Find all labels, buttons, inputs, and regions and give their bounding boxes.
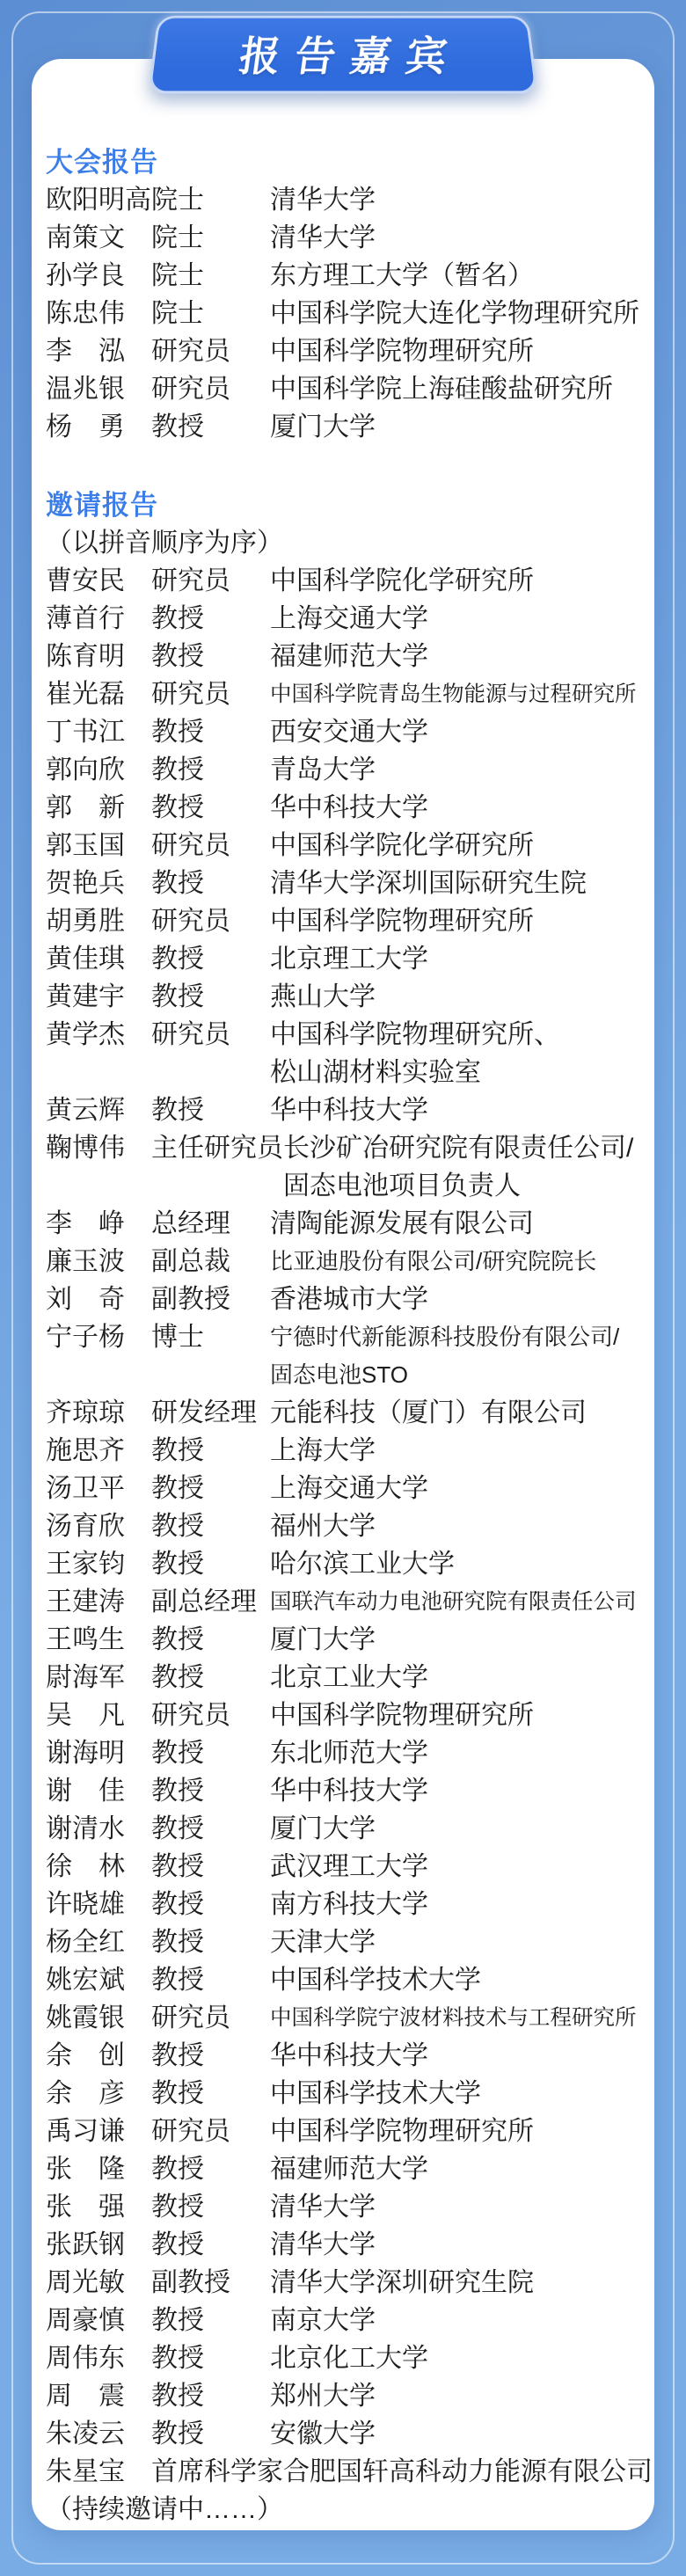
section-heading: 邀请报告 <box>46 486 644 524</box>
speaker-name: 周豪慎 <box>46 2302 151 2339</box>
speaker-list: 欧阳明高 院士 清华大学 南策文 院士 清华大学 孙学良 院士 东方理工大学（暂… <box>46 181 644 446</box>
speaker-affiliation: 清华大学 <box>270 181 644 219</box>
speaker-title: 研究员 <box>151 902 270 940</box>
speaker-title: 研究员 <box>151 562 270 600</box>
speaker-affiliation: 厦门大学 <box>270 1810 644 1848</box>
speaker-row: 朱星宝 首席科学家 合肥国轩高科动力能源有限公司 <box>46 2453 644 2491</box>
speaker-row: 丁书江 教授 西安交通大学 <box>46 713 644 751</box>
badge-title: 报告嘉宾 <box>236 25 465 83</box>
speaker-row: 张跃钢 教授 清华大学 <box>46 2226 644 2264</box>
speaker-name: 曹安民 <box>46 562 151 600</box>
speaker-name: 南策文 <box>46 219 151 257</box>
speaker-title: 教授 <box>151 638 270 675</box>
speaker-title: 教授 <box>151 2302 270 2339</box>
speaker-affiliation: 华中科技大学 <box>270 1772 644 1810</box>
speaker-affiliation: 中国科学院物理研究所、 松山湖材料实验室 <box>270 1016 644 1091</box>
speaker-row: 汤育欣 教授 福州大学 <box>46 1507 644 1545</box>
speaker-affiliation: 上海交通大学 <box>270 600 644 638</box>
speaker-title: 副教授 <box>151 1281 270 1318</box>
section-note: （以拼音顺序为序） <box>46 524 644 562</box>
speaker-affiliation: 上海交通大学 <box>270 1470 644 1507</box>
speaker-name: 齐琼琼 <box>46 1394 151 1432</box>
speaker-title: 研究员 <box>151 675 270 713</box>
speaker-name: 杨 勇 <box>46 408 151 446</box>
speaker-row: 黄佳琪 教授 北京理工大学 <box>46 940 644 978</box>
section-footer-note: （持续邀请中……） <box>46 2491 644 2529</box>
speaker-affiliation: 元能科技（厦门）有限公司 <box>270 1394 644 1432</box>
speaker-row: 余 彦 教授 中国科学技术大学 <box>46 2075 644 2113</box>
speaker-title: 教授 <box>151 978 270 1016</box>
speaker-affiliation: 华中科技大学 <box>270 789 644 827</box>
speaker-title: 副总裁 <box>151 1243 270 1281</box>
speaker-title: 教授 <box>151 865 270 902</box>
speaker-row: 谢海明 教授 东北师范大学 <box>46 1734 644 1772</box>
speaker-row: 徐 林 教授 武汉理工大学 <box>46 1848 644 1886</box>
speaker-title: 教授 <box>151 1545 270 1583</box>
speaker-title: 副总经理 <box>151 1583 270 1621</box>
speaker-name: 陈育明 <box>46 638 151 675</box>
speaker-title: 教授 <box>151 2415 270 2453</box>
speaker-name: 周伟东 <box>46 2339 151 2377</box>
speaker-row: 姚宏斌 教授 中国科学技术大学 <box>46 1961 644 1999</box>
speaker-row: 许晓雄 教授 南方科技大学 <box>46 1886 644 1923</box>
speaker-row: 余 创 教授 华中科技大学 <box>46 2037 644 2075</box>
speaker-row: 李 峥 总经理 清陶能源发展有限公司 <box>46 1205 644 1243</box>
speaker-name: 徐 林 <box>46 1848 151 1886</box>
speaker-title: 教授 <box>151 1734 270 1772</box>
speaker-title: 教授 <box>151 1772 270 1810</box>
speaker-title: 总经理 <box>151 1205 270 1243</box>
speaker-title: 教授 <box>151 713 270 751</box>
speaker-title: 主任研究员 <box>151 1129 283 1167</box>
speaker-row: 谢 佳 教授 华中科技大学 <box>46 1772 644 1810</box>
speaker-row: 刘 奇 副教授 香港城市大学 <box>46 1281 644 1318</box>
speaker-row: 陈育明 教授 福建师范大学 <box>46 638 644 675</box>
speaker-row: 齐琼琼 研发经理 元能科技（厦门）有限公司 <box>46 1394 644 1432</box>
speaker-affiliation: 中国科学院化学研究所 <box>270 562 644 600</box>
speaker-name: 周光敏 <box>46 2264 151 2302</box>
speaker-affiliation: 安徽大学 <box>270 2415 644 2453</box>
speaker-affiliation: 中国科学院物理研究所 <box>270 2113 644 2150</box>
speaker-row: 黄学杰 研究员 中国科学院物理研究所、 松山湖材料实验室 <box>46 1016 644 1091</box>
speaker-name: 张 隆 <box>46 2150 151 2188</box>
speaker-title: 首席科学家 <box>151 2453 283 2491</box>
speaker-name: 王鸣生 <box>46 1621 151 1659</box>
speaker-name: 王建涛 <box>46 1583 151 1621</box>
speaker-name: 廉玉波 <box>46 1243 151 1281</box>
speaker-title: 研究员 <box>151 1016 270 1054</box>
speaker-name: 黄佳琪 <box>46 940 151 978</box>
speaker-name: 贺艳兵 <box>46 865 151 902</box>
speaker-affiliation: 中国科学院物理研究所 <box>270 902 644 940</box>
speaker-title: 教授 <box>151 1848 270 1886</box>
speaker-title: 研究员 <box>151 2113 270 2150</box>
speaker-affiliation: 东方理工大学（暂名） <box>270 257 644 295</box>
speaker-name: 汤育欣 <box>46 1507 151 1545</box>
speaker-name: 孙学良 <box>46 257 151 295</box>
speaker-row: 欧阳明高 院士 清华大学 <box>46 181 644 219</box>
speaker-affiliation: 厦门大学 <box>270 1621 644 1659</box>
speaker-affiliation: 清华大学深圳研究生院 <box>270 2264 644 2302</box>
speaker-name: 李 峥 <box>46 1205 151 1243</box>
speaker-row: 张 隆 教授 福建师范大学 <box>46 2150 644 2188</box>
speaker-name: 鞠博伟 <box>46 1129 151 1167</box>
speaker-row: 孙学良 院士 东方理工大学（暂名） <box>46 257 644 295</box>
speaker-title: 教授 <box>151 1432 270 1470</box>
sections-container: 大会报告 欧阳明高 院士 清华大学 南策文 院士 清华大学 孙学良 院士 东方理… <box>46 143 644 2529</box>
speaker-affiliation: 华中科技大学 <box>270 1091 644 1129</box>
speaker-row: 陈忠伟 院士 中国科学院大连化学物理研究所 <box>46 295 644 332</box>
speaker-name: 朱星宝 <box>46 2453 151 2491</box>
speaker-row: 崔光磊 研究员 中国科学院青岛生物能源与过程研究所 <box>46 675 644 713</box>
speaker-row: 周光敏 副教授 清华大学深圳研究生院 <box>46 2264 644 2302</box>
speaker-title: 教授 <box>151 1470 270 1507</box>
speaker-affiliation: 清华大学 <box>270 219 644 257</box>
speaker-row: 王建涛 副总经理 国联汽车动力电池研究院有限责任公司 <box>46 1583 644 1621</box>
speaker-affiliation: 武汉理工大学 <box>270 1848 644 1886</box>
speaker-affiliation: 中国科学院化学研究所 <box>270 827 644 865</box>
speaker-title: 教授 <box>151 940 270 978</box>
poster-background: 报告嘉宾 大会报告 欧阳明高 院士 清华大学 南策文 院士 清华大学 孙学良 院… <box>0 0 686 2576</box>
speaker-row: 姚霞银 研究员 中国科学院宁波材料技术与工程研究所 <box>46 1999 644 2037</box>
speaker-name: 郭 新 <box>46 789 151 827</box>
speaker-affiliation: 清华大学 <box>270 2188 644 2226</box>
speaker-affiliation: 清华大学深圳国际研究生院 <box>270 865 644 902</box>
speaker-row: 贺艳兵 教授 清华大学深圳国际研究生院 <box>46 865 644 902</box>
speaker-name: 禹习谦 <box>46 2113 151 2150</box>
speaker-name: 周 震 <box>46 2377 151 2415</box>
speaker-title: 教授 <box>151 2377 270 2415</box>
speaker-row: 宁子杨 博士 宁德时代新能源科技股份有限公司/ 固态电池STO <box>46 1318 644 1394</box>
speaker-title: 教授 <box>151 1810 270 1848</box>
speaker-affiliation: 中国科学院上海硅酸盐研究所 <box>270 370 644 408</box>
speaker-row: 汤卫平 教授 上海交通大学 <box>46 1470 644 1507</box>
speaker-row: 王鸣生 教授 厦门大学 <box>46 1621 644 1659</box>
speaker-affiliation: 清陶能源发展有限公司 <box>270 1205 644 1243</box>
speaker-title: 教授 <box>151 1621 270 1659</box>
speaker-row: 廉玉波 副总裁 比亚迪股份有限公司/研究院院长 <box>46 1243 644 1281</box>
speaker-title: 教授 <box>151 2339 270 2377</box>
speaker-name: 王家钧 <box>46 1545 151 1583</box>
header-badge: 报告嘉宾 <box>153 13 533 94</box>
speaker-title: 研究员 <box>151 1697 270 1734</box>
speaker-title: 教授 <box>151 1886 270 1923</box>
speaker-name: 陈忠伟 <box>46 295 151 332</box>
speaker-row: 黄云辉 教授 华中科技大学 <box>46 1091 644 1129</box>
speaker-title: 教授 <box>151 600 270 638</box>
speaker-title: 教授 <box>151 1961 270 1999</box>
speaker-name: 胡勇胜 <box>46 902 151 940</box>
speaker-row: 郭玉国 研究员 中国科学院化学研究所 <box>46 827 644 865</box>
speaker-title: 院士 <box>151 257 270 295</box>
speaker-name: 谢 佳 <box>46 1772 151 1810</box>
speaker-name: 姚宏斌 <box>46 1961 151 1999</box>
speaker-row: 张 强 教授 清华大学 <box>46 2188 644 2226</box>
speaker-title: 教授 <box>151 2075 270 2113</box>
speaker-row: 王家钧 教授 哈尔滨工业大学 <box>46 1545 644 1583</box>
speaker-title: 研发经理 <box>151 1394 270 1432</box>
speaker-title: 教授 <box>151 2188 270 2226</box>
speaker-affiliation: 北京理工大学 <box>270 940 644 978</box>
speaker-row: 尉海军 教授 北京工业大学 <box>46 1659 644 1697</box>
speaker-name: 吴 凡 <box>46 1697 151 1734</box>
speaker-title: 院士 <box>151 219 270 257</box>
speaker-name: 郭向欣 <box>46 751 151 789</box>
speaker-title: 副教授 <box>151 2264 270 2302</box>
speaker-row: 吴 凡 研究员 中国科学院物理研究所 <box>46 1697 644 1734</box>
speaker-row: 禹习谦 研究员 中国科学院物理研究所 <box>46 2113 644 2150</box>
speaker-affiliation: 福州大学 <box>270 1507 644 1545</box>
speaker-affiliation: 西安交通大学 <box>270 713 644 751</box>
speaker-row: 胡勇胜 研究员 中国科学院物理研究所 <box>46 902 644 940</box>
speaker-row: 黄建宇 教授 燕山大学 <box>46 978 644 1016</box>
speaker-affiliation: 南方科技大学 <box>270 1886 644 1923</box>
speaker-title: 教授 <box>151 2226 270 2264</box>
speaker-affiliation: 燕山大学 <box>270 978 644 1016</box>
speaker-title: 教授 <box>151 751 270 789</box>
speaker-name: 薄首行 <box>46 600 151 638</box>
speaker-row: 温兆银 研究员 中国科学院上海硅酸盐研究所 <box>46 370 644 408</box>
speaker-affiliation: 青岛大学 <box>270 751 644 789</box>
speaker-name: 张 强 <box>46 2188 151 2226</box>
speaker-name: 余 创 <box>46 2037 151 2075</box>
speaker-affiliation: 北京工业大学 <box>270 1659 644 1697</box>
speaker-title: 研究员 <box>151 1999 270 2037</box>
speaker-affiliation: 上海大学 <box>270 1432 644 1470</box>
speaker-affiliation: 香港城市大学 <box>270 1281 644 1318</box>
speaker-affiliation: 天津大学 <box>270 1923 644 1961</box>
speaker-row: 薄首行 教授 上海交通大学 <box>46 600 644 638</box>
speaker-name: 丁书江 <box>46 713 151 751</box>
speaker-title: 教授 <box>151 2037 270 2075</box>
speaker-affiliation: 北京化工大学 <box>270 2339 644 2377</box>
speaker-title: 研究员 <box>151 370 270 408</box>
speaker-title: 教授 <box>151 789 270 827</box>
speaker-name: 崔光磊 <box>46 675 151 713</box>
section-heading: 大会报告 <box>46 143 644 181</box>
speaker-affiliation: 中国科学院青岛生物能源与过程研究所 <box>270 675 644 713</box>
speaker-name: 杨全红 <box>46 1923 151 1961</box>
speaker-title: 院士 <box>151 181 270 219</box>
speaker-row: 杨 勇 教授 厦门大学 <box>46 408 644 446</box>
speaker-title: 院士 <box>151 295 270 332</box>
speaker-name: 黄学杰 <box>46 1016 151 1054</box>
speaker-title: 教授 <box>151 1923 270 1961</box>
speaker-affiliation: 福建师范大学 <box>270 2150 644 2188</box>
speaker-row: 郭 新 教授 华中科技大学 <box>46 789 644 827</box>
speaker-row: 施思齐 教授 上海大学 <box>46 1432 644 1470</box>
speaker-affiliation: 国联汽车动力电池研究院有限责任公司 <box>270 1583 644 1621</box>
speaker-affiliation: 哈尔滨工业大学 <box>270 1545 644 1583</box>
speaker-affiliation: 中国科学技术大学 <box>270 1961 644 1999</box>
speaker-name: 施思齐 <box>46 1432 151 1470</box>
speaker-name: 宁子杨 <box>46 1318 151 1356</box>
speaker-name: 谢清水 <box>46 1810 151 1848</box>
speaker-list: 曹安民 研究员 中国科学院化学研究所 薄首行 教授 上海交通大学 陈育明 教授 … <box>46 562 644 2491</box>
speaker-row: 杨全红 教授 天津大学 <box>46 1923 644 1961</box>
speaker-affiliation: 中国科学技术大学 <box>270 2075 644 2113</box>
speaker-row: 朱凌云 教授 安徽大学 <box>46 2415 644 2453</box>
speaker-affiliation: 郑州大学 <box>270 2377 644 2415</box>
speaker-affiliation: 中国科学院宁波材料技术与工程研究所 <box>270 1999 644 2037</box>
content-card: 大会报告 欧阳明高 院士 清华大学 南策文 院士 清华大学 孙学良 院士 东方理… <box>32 59 654 2530</box>
speaker-name: 李 泓 <box>46 332 151 370</box>
speaker-name: 尉海军 <box>46 1659 151 1697</box>
speaker-name: 刘 奇 <box>46 1281 151 1318</box>
speaker-affiliation: 中国科学院大连化学物理研究所 <box>270 295 644 332</box>
speaker-name: 黄建宇 <box>46 978 151 1016</box>
speaker-affiliation: 长沙矿冶研究院有限责任公司/ 固态电池项目负责人 <box>283 1129 644 1205</box>
speaker-name: 余 彦 <box>46 2075 151 2113</box>
speaker-row: 郭向欣 教授 青岛大学 <box>46 751 644 789</box>
speaker-name: 欧阳明高 <box>46 181 151 219</box>
speaker-row: 周豪慎 教授 南京大学 <box>46 2302 644 2339</box>
speaker-name: 黄云辉 <box>46 1091 151 1129</box>
speaker-affiliation: 中国科学院物理研究所 <box>270 1697 644 1734</box>
speaker-title: 教授 <box>151 408 270 446</box>
speaker-title: 研究员 <box>151 827 270 865</box>
speaker-row: 周 震 教授 郑州大学 <box>46 2377 644 2415</box>
speaker-row: 谢清水 教授 厦门大学 <box>46 1810 644 1848</box>
report-section: 大会报告 欧阳明高 院士 清华大学 南策文 院士 清华大学 孙学良 院士 东方理… <box>46 143 644 446</box>
speaker-name: 汤卫平 <box>46 1470 151 1507</box>
speaker-title: 博士 <box>151 1318 270 1356</box>
speaker-affiliation: 宁德时代新能源科技股份有限公司/ 固态电池STO <box>270 1318 644 1394</box>
speaker-affiliation: 东北师范大学 <box>270 1734 644 1772</box>
speaker-row: 南策文 院士 清华大学 <box>46 219 644 257</box>
speaker-affiliation: 华中科技大学 <box>270 2037 644 2075</box>
speaker-row: 周伟东 教授 北京化工大学 <box>46 2339 644 2377</box>
speaker-name: 许晓雄 <box>46 1886 151 1923</box>
speaker-name: 温兆银 <box>46 370 151 408</box>
speaker-row: 曹安民 研究员 中国科学院化学研究所 <box>46 562 644 600</box>
speaker-title: 教授 <box>151 2150 270 2188</box>
speaker-title: 研究员 <box>151 332 270 370</box>
speaker-name: 朱凌云 <box>46 2415 151 2453</box>
speaker-row: 李 泓 研究员 中国科学院物理研究所 <box>46 332 644 370</box>
speaker-name: 姚霞银 <box>46 1999 151 2037</box>
speaker-name: 张跃钢 <box>46 2226 151 2264</box>
speaker-affiliation: 福建师范大学 <box>270 638 644 675</box>
speaker-row: 鞠博伟 主任研究员 长沙矿冶研究院有限责任公司/ 固态电池项目负责人 <box>46 1129 644 1205</box>
speaker-name: 郭玉国 <box>46 827 151 865</box>
speaker-affiliation: 清华大学 <box>270 2226 644 2264</box>
speaker-affiliation: 比亚迪股份有限公司/研究院院长 <box>270 1243 644 1281</box>
speaker-affiliation: 南京大学 <box>270 2302 644 2339</box>
speaker-affiliation: 厦门大学 <box>270 408 644 446</box>
speaker-affiliation: 合肥国轩高科动力能源有限公司 <box>283 2453 644 2491</box>
speaker-title: 教授 <box>151 1507 270 1545</box>
speaker-affiliation: 中国科学院物理研究所 <box>270 332 644 370</box>
report-section: 邀请报告 （以拼音顺序为序） 曹安民 研究员 中国科学院化学研究所 薄首行 教授… <box>46 486 644 2529</box>
speaker-title: 教授 <box>151 1659 270 1697</box>
speaker-name: 谢海明 <box>46 1734 151 1772</box>
speaker-title: 教授 <box>151 1091 270 1129</box>
